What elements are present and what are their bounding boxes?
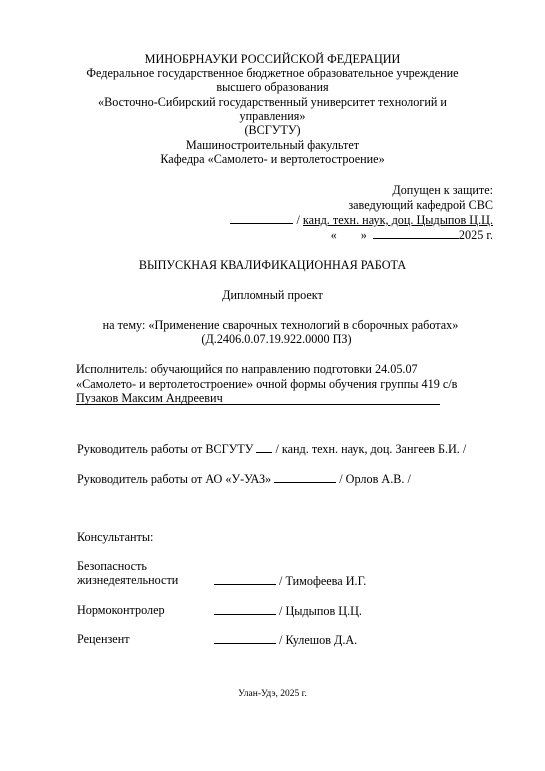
consultant-label-line1: Безопасность xyxy=(77,559,147,573)
signature-blank xyxy=(214,632,276,644)
date-quote-open: « xyxy=(331,228,337,242)
consultant-label: Нормоконтролер xyxy=(77,603,165,617)
consultant-normcontrol: Нормоконтролер xyxy=(77,603,165,617)
consultant-reviewer-signature: / Кулешов Д.А. xyxy=(214,632,357,647)
consultants-heading: Консультанты: xyxy=(77,530,153,544)
supervisor-university-name: / канд. техн. наук, доц. Зангеев Б.И. / xyxy=(275,442,466,456)
approval-date: « » 2025 г. xyxy=(331,227,493,242)
date-quote-close: » xyxy=(361,228,367,242)
university-abbr: (ВСГУТУ) xyxy=(0,123,545,137)
supervisor-university: Руководитель работы от ВСГУТУ / канд. те… xyxy=(77,441,466,456)
faculty-name: Машиностроительный факультет xyxy=(0,138,545,152)
topic: на тему: «Применение сварочных технологи… xyxy=(8,318,545,332)
consultant-name: / Цыдыпов Ц.Ц. xyxy=(279,604,362,618)
consultant-reviewer: Рецензент xyxy=(77,632,130,646)
consultant-safety: жизнедеятельности xyxy=(77,573,178,587)
executor-line2: «Самолето- и вертолетостроение» очной фо… xyxy=(76,377,457,391)
supervisor-company-name: / Орлов А.В. / xyxy=(339,472,411,486)
executor-line1: Исполнитель: обучающийся по направлению … xyxy=(76,362,418,376)
supervisor-company: Руководитель работы от АО «У-УАЗ» / Орло… xyxy=(77,471,411,486)
supervisor-company-label: Руководитель работы от АО «У-УАЗ» xyxy=(77,472,271,486)
department-head-signature: / канд. техн. наук, доц. Цыдыпов Ц.Ц. xyxy=(230,212,493,227)
city-year: Улан-Удэ, 2025 г. xyxy=(0,687,545,701)
university-line1: «Восточно-Сибирский государственный унив… xyxy=(0,95,545,109)
slash: / xyxy=(296,213,299,227)
consultant-normcontrol-signature: / Цыдыпов Ц.Ц. xyxy=(214,603,362,618)
signature-blank xyxy=(214,573,276,585)
signature-blank xyxy=(274,471,336,483)
consultant-label: жизнедеятельности xyxy=(77,573,178,587)
ministry-name: МИНОБРНАУКИ РОССИЙСКОЙ ФЕДЕРАЦИИ xyxy=(0,52,545,66)
department-head-name: канд. техн. наук, доц. Цыдыпов Ц.Ц. xyxy=(303,213,493,227)
university-line2: управления» xyxy=(0,109,545,123)
consultant-safety-signature: / Тимофеева И.Г. xyxy=(214,573,366,588)
department-name: Кафедра «Самолето- и вертолетостроение» xyxy=(0,152,545,166)
consultant-label: Рецензент xyxy=(77,632,130,646)
signature-blank xyxy=(230,212,293,224)
date-blank xyxy=(373,227,459,239)
consultant-name: / Тимофеева И.Г. xyxy=(279,574,366,588)
executor-name: Пузаков Максим Андреевич xyxy=(76,391,440,405)
signature-blank xyxy=(214,603,276,615)
signature-blank xyxy=(256,441,272,453)
consultant-name: / Кулешов Д.А. xyxy=(279,633,357,647)
supervisor-university-label: Руководитель работы от ВСГУТУ xyxy=(77,442,253,456)
work-type-title: ВЫПУСКНАЯ КВАЛИФИКАЦИОННАЯ РАБОТА xyxy=(0,258,545,272)
admitted-label: Допущен к защите: xyxy=(392,183,493,197)
institution-line1: Федеральное государственное бюджетное об… xyxy=(0,66,545,80)
project-type: Дипломный проект xyxy=(0,288,545,302)
institution-line2: высшего образования xyxy=(0,80,545,94)
approval-year: 2025 г. xyxy=(459,228,493,242)
department-head-label: заведующий кафедрой СВС xyxy=(348,198,493,212)
document-code: (Д.2406.0.07.19.922.0000 ПЗ) xyxy=(4,332,545,346)
